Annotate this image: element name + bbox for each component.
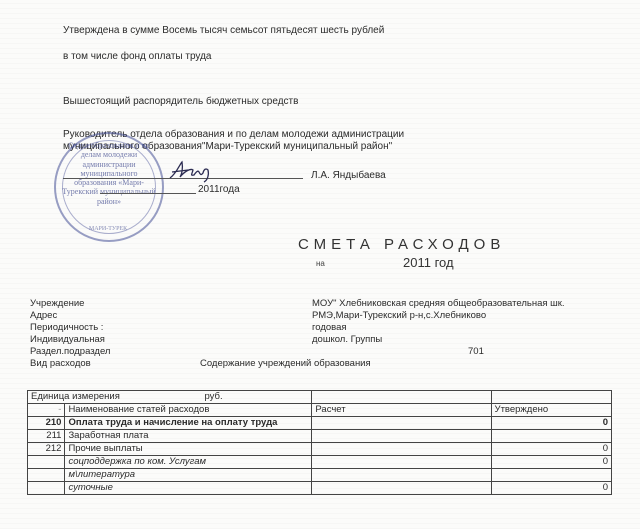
row-code: 212 — [28, 443, 65, 456]
authority-heading: Вышестоящий распорядитель бюджетных сред… — [63, 96, 298, 107]
row-calc — [312, 456, 491, 469]
table-row: 212 Прочие выплаты 0 — [28, 443, 612, 456]
detail-value-periodicity: годовая — [312, 322, 347, 333]
row-approved: 0 — [491, 417, 611, 430]
header-calc: Расчет — [312, 404, 491, 417]
table-row: м\литература — [28, 469, 612, 482]
signatory-name: Л.А. Яндыбаева — [311, 170, 386, 181]
detail-label-section: Раздел.подраздел — [30, 346, 110, 357]
row-calc — [312, 469, 491, 482]
row-code — [28, 482, 65, 495]
detail-label-individual: Индивидуальная — [30, 334, 105, 345]
row-calc — [312, 482, 491, 495]
row-calc — [312, 430, 491, 443]
date-line — [100, 193, 196, 194]
row-approved: 0 — [491, 456, 611, 469]
detail-label-expense-type: Вид расходов — [30, 358, 91, 369]
detail-value-section: 701 — [468, 346, 484, 357]
unit-value: руб. — [205, 391, 223, 402]
unit-approved-cell — [491, 391, 611, 404]
row-name: Оплата труда и начисление на оплату труд… — [65, 417, 312, 430]
row-calc — [312, 417, 491, 430]
table-row: соцподдержка по ком. Услугам 0 — [28, 456, 612, 469]
signature-scribble-icon — [168, 158, 216, 184]
row-approved: 0 — [491, 482, 611, 495]
row-name: м\литература — [65, 469, 312, 482]
row-code: 210 — [28, 417, 65, 430]
unit-calc-cell — [312, 391, 491, 404]
table-row: 210 Оплата труда и начисление на оплату … — [28, 417, 612, 430]
row-calc — [312, 443, 491, 456]
detail-label-institution: Учреждение — [30, 298, 84, 309]
table-header-row: - Наименование статей расходов Расчет Ут… — [28, 404, 612, 417]
unit-label: Единица измерения — [31, 391, 120, 402]
row-approved — [491, 469, 611, 482]
row-name: соцподдержка по ком. Услугам — [65, 456, 312, 469]
table-row: суточные 0 — [28, 482, 612, 495]
expense-table: Единица измерения руб. - Наименование ст… — [27, 390, 612, 495]
table-unit-row: Единица измерения руб. — [28, 391, 612, 404]
table-row: 211 Заработная плата — [28, 430, 612, 443]
header-approved: Утверждено — [491, 404, 611, 417]
title-prefix: на — [316, 259, 325, 268]
row-approved — [491, 430, 611, 443]
detail-value-address: РМЭ,Мари-Турекский р-н,с.Хлебниково — [312, 310, 486, 321]
date-suffix: 2011года — [198, 184, 240, 195]
row-name: Прочие выплаты — [65, 443, 312, 456]
row-code — [28, 469, 65, 482]
unit-cell: Единица измерения руб. — [28, 391, 312, 404]
row-approved: 0 — [491, 443, 611, 456]
approval-payroll-line: в том числе фонд оплаты труда — [63, 51, 211, 62]
row-code — [28, 456, 65, 469]
detail-label-periodicity: Периодичность : — [30, 322, 103, 333]
row-name: суточные — [65, 482, 312, 495]
title-year: 2011 год — [403, 255, 454, 270]
detail-value-expense-type: Содержание учреждений образования — [200, 358, 371, 369]
detail-value-individual: дошкол. Группы — [312, 334, 382, 345]
row-name: Заработная плата — [65, 430, 312, 443]
header-code: - — [28, 404, 65, 417]
stamp-text: Отдел образования и по делам молодежи ад… — [62, 141, 156, 206]
detail-value-institution: МОУ" Хлебниковская средняя общеобразоват… — [312, 298, 565, 309]
detail-label-address: Адрес — [30, 310, 57, 321]
stamp-bottom-text: МАРИ-ТУРЕК — [78, 226, 138, 232]
header-name: Наименование статей расходов — [65, 404, 312, 417]
document-title: СМЕТА РАСХОДОВ — [298, 236, 505, 253]
approval-amount-line: Утверждена в сумме Восемь тысяч семьсот … — [63, 25, 384, 36]
row-code: 211 — [28, 430, 65, 443]
